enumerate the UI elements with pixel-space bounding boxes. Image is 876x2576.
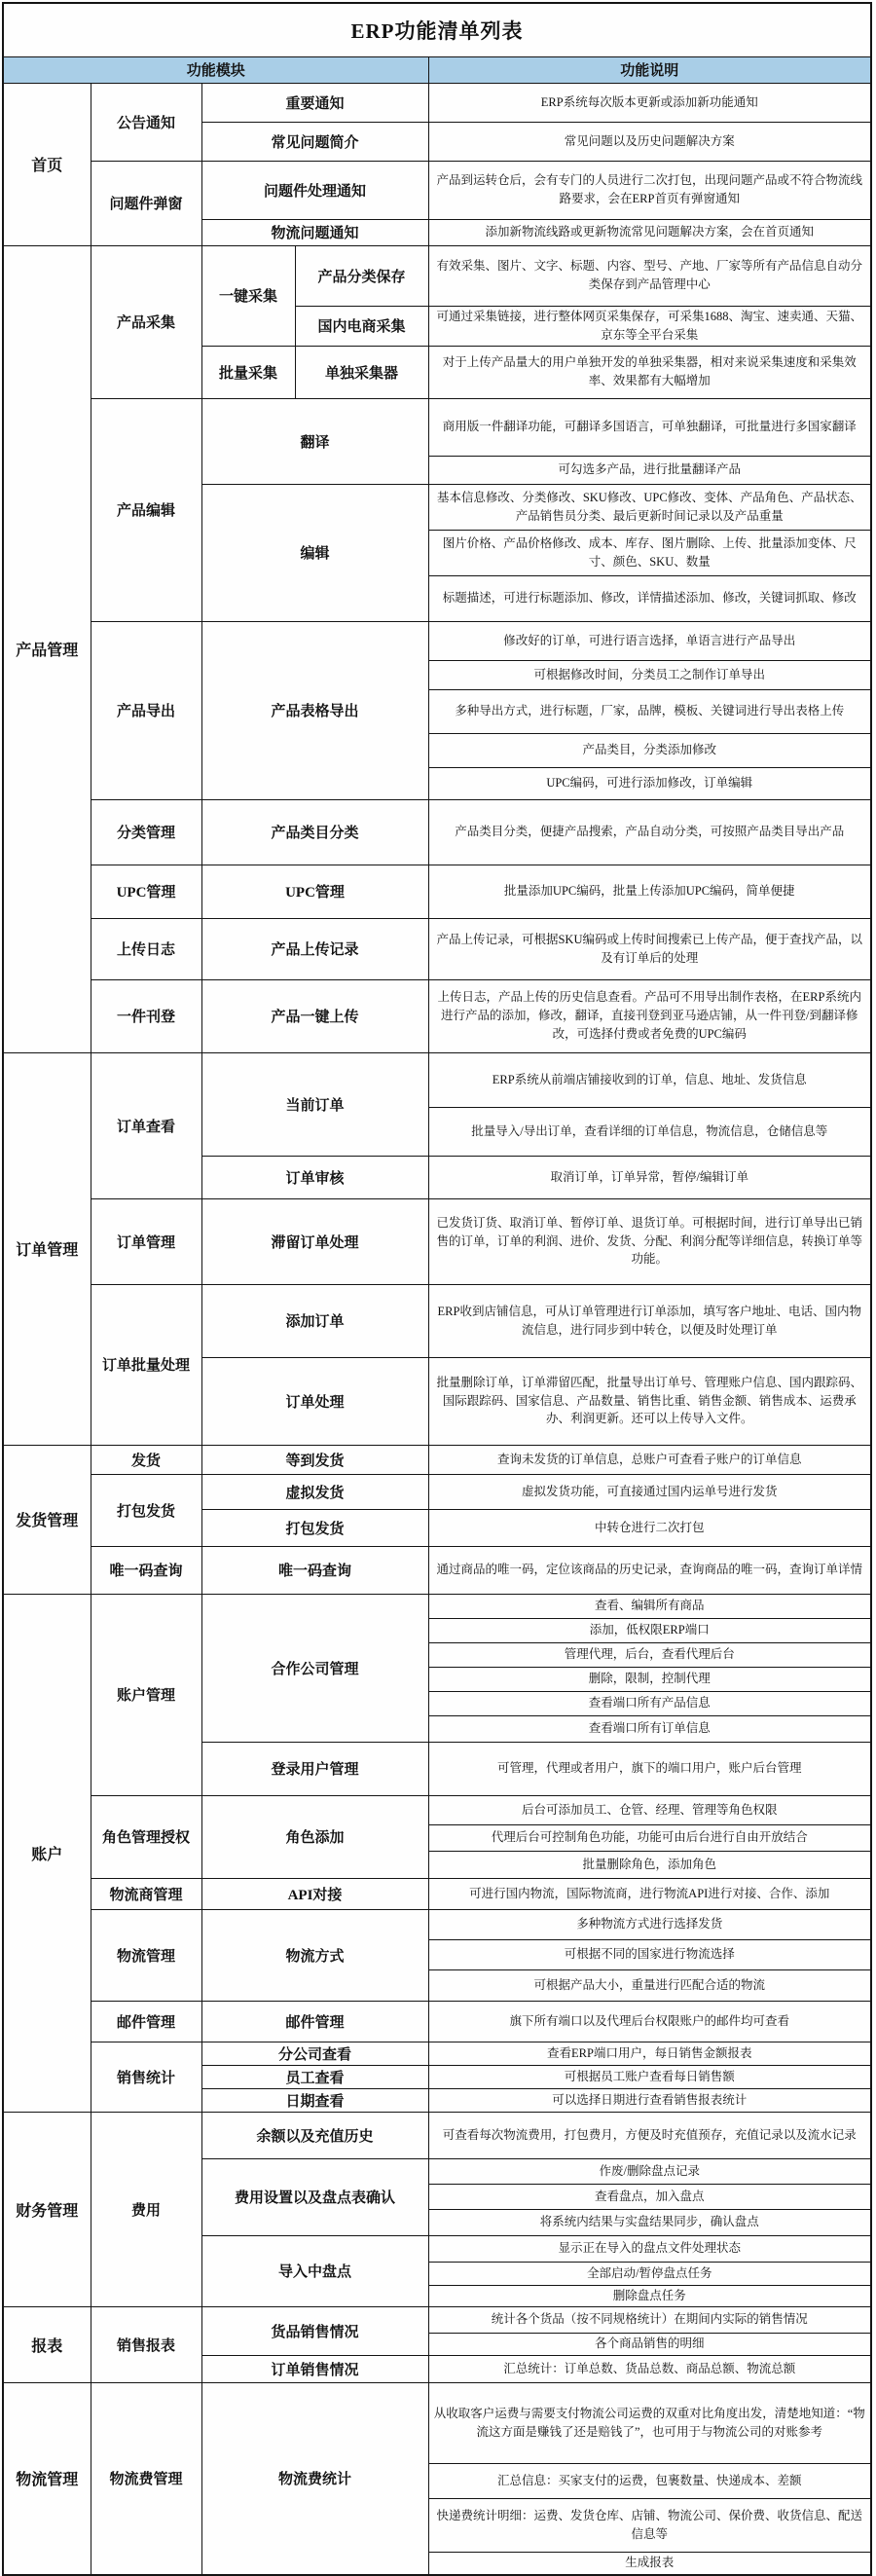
module-level2-cell: 打包发货 [91,1474,201,1546]
module-level2-cell: UPC管理 [91,865,201,918]
description-cell: 统计各个货品（按不同规格统计）在期间内实际的销售情况 [428,2306,871,2333]
table-row: 产品管理产品采集一键采集产品分类保存有效采集、图片、文字、标题、内容、型号、产地… [3,245,871,306]
description-cell: 汇总统计：订单总数、货品总数、商品总额、物流总额 [428,2355,871,2382]
description-cell: 取消订单，订单异常，暂停/编辑订单 [428,1156,871,1198]
module-level2-cell: 一件刊登 [91,979,201,1052]
table-row: 报表销售报表货品销售情况统计各个货品（按不同规格统计）在期间内实际的销售情况 [3,2306,871,2333]
module-level3-cell: 日期查看 [201,2088,428,2112]
description-cell: 可根据不同的国家进行物流选择 [428,1939,871,1969]
description-cell: 旗下所有端口以及代理后台权限账户的邮件均可查看 [428,2001,871,2042]
module-level3-cell: 余额以及充值历史 [201,2112,428,2158]
module-level3-cell: 一键采集 [201,245,295,346]
description-cell: 基本信息修改、分类修改、SKU修改、UPC修改、变体、产品角色、产品状态、产品销… [428,484,871,530]
module-level3-cell: 订单审核 [201,1156,428,1198]
module-level3-cell: 物流费统计 [201,2382,428,2575]
description-cell: 汇总信息：买家支付的运费，包裹数量、快递成本、差额 [428,2463,871,2498]
module-level3-cell: 产品上传记录 [201,918,428,979]
table-row: 问题件弹窗问题件处理通知产品到运转仓后，会有专门的人员进行二次打包，出现问题产品… [3,161,871,219]
module-level2-cell: 分类管理 [91,799,201,865]
module-level2-cell: 订单查看 [91,1052,201,1198]
description-cell: 查看端口所有订单信息 [428,1715,871,1742]
module-level3-cell: 问题件处理通知 [201,161,428,219]
module-level3-cell: 添加订单 [201,1284,428,1357]
module-level2-cell: 产品采集 [91,245,201,398]
table-row: 订单批量处理添加订单ERP收到店铺信息，可从订单管理进行订单添加，填写客户地址、… [3,1284,871,1357]
description-cell: 生成报表 [428,2552,871,2575]
category-cell: 账户 [3,1594,91,2112]
description-cell: 查询未发货的订单信息，总账户可查看子账户的订单信息 [428,1445,871,1474]
description-cell: 虚拟发货功能，可直接通过国内运单号进行发货 [428,1474,871,1509]
table-row: 物流管理物流方式多种物流方式进行选择发货 [3,1909,871,1939]
description-cell: 修改好的订单，可进行语言选择，单语言进行产品导出 [428,621,871,660]
column-header-description: 功能说明 [428,56,871,83]
description-cell: ERP系统每次版本更新或添加新功能通知 [428,83,871,122]
description-cell: 已发货订货、取消订单、暂停订单、退货订单。可根据时间，进行订单导出已销售的订单，… [428,1198,871,1284]
description-cell: 查看端口所有产品信息 [428,1691,871,1715]
description-cell: 商用版一件翻译功能，可翻译多国语言，可单独翻译，可批量进行多国家翻译 [428,398,871,456]
module-level3-cell: 物流方式 [201,1909,428,2001]
category-cell: 订单管理 [3,1052,91,1445]
table-row: 销售统计分公司查看查看ERP端口用户，每日销售金额报表 [3,2042,871,2065]
category-cell: 财务管理 [3,2112,91,2306]
table-row: 物流商管理API对接可进行国内物流，国际物流商，进行物流API进行对接、合作、添… [3,1878,871,1909]
table-row: 发货管理发货等到发货查询未发货的订单信息，总账户可查看子账户的订单信息 [3,1445,871,1474]
description-cell: 管理代理，后台，查看代理后台 [428,1642,871,1667]
module-level3-cell: 员工查看 [201,2065,428,2088]
module-level3-cell: 邮件管理 [201,2001,428,2042]
category-cell: 报表 [3,2306,91,2382]
module-level4-cell: 产品分类保存 [295,245,428,306]
module-level3-cell: 分公司查看 [201,2042,428,2065]
module-level3-cell: 重要通知 [201,83,428,122]
title-row: ERP功能清单列表 [3,3,871,56]
table-row: 账户账户管理合作公司管理查看、编辑所有商品 [3,1594,871,1618]
description-cell: 图片价格、产品价格修改、成本、库存、图片删除、上传、批量添加变体、尺寸、颜色、S… [428,530,871,575]
module-level3-cell: 虚拟发货 [201,1474,428,1509]
table-row: 打包发货虚拟发货虚拟发货功能，可直接通过国内运单号进行发货 [3,1474,871,1509]
module-level3-cell: 物流问题通知 [201,219,428,245]
module-level3-cell: 当前订单 [201,1052,428,1156]
module-level2-cell: 销售统计 [91,2042,201,2112]
module-level3-cell: API对接 [201,1878,428,1909]
module-level2-cell: 物流费管理 [91,2382,201,2575]
description-cell: 删除，限制，控制代理 [428,1667,871,1691]
description-cell: 批量删除角色，添加角色 [428,1851,871,1878]
description-cell: 批量删除订单，订单滞留匹配，批量导出订单号、管理账户信息、国内跟踪码、国际跟踪码… [428,1357,871,1445]
module-level3-cell: 费用设置以及盘点表确认 [201,2158,428,2235]
description-cell: 查看、编辑所有商品 [428,1594,871,1618]
module-level2-cell: 物流管理 [91,1909,201,2001]
description-cell: 添加，低权限ERP端口 [428,1618,871,1642]
description-cell: 多种物流方式进行选择发货 [428,1909,871,1939]
table-row: 物流管理物流费管理物流费统计从收取客户运费与需要支付物流公司运费的双重对比角度出… [3,2382,871,2463]
description-cell: 各个商品销售的明细 [428,2333,871,2355]
module-level3-cell: 翻译 [201,398,428,484]
module-level2-cell: 上传日志 [91,918,201,979]
module-level4-cell: 单独采集器 [295,346,428,398]
description-cell: 查看ERP端口用户，每日销售金额报表 [428,2042,871,2065]
module-level4-cell: 国内电商采集 [295,306,428,346]
table-row: 邮件管理邮件管理旗下所有端口以及代理后台权限账户的邮件均可查看 [3,2001,871,2042]
description-cell: 有效采集、图片、文字、标题、内容、型号、产地、厂家等所有产品信息自动分类保存到产… [428,245,871,306]
module-level3-cell: 编辑 [201,484,428,621]
description-cell: 产品到运转仓后，会有专门的人员进行二次打包，出现问题产品或不符合物流线路要求，会… [428,161,871,219]
header-row: 功能模块 功能说明 [3,56,871,83]
table-row: 订单管理订单查看当前订单ERP系统从前端店铺接收到的订单，信息、地址、发货信息 [3,1052,871,1107]
module-level2-cell: 销售报表 [91,2306,201,2382]
module-level3-cell: 打包发货 [201,1509,428,1546]
module-level2-cell: 产品导出 [91,621,201,799]
description-cell: ERP收到店铺信息，可从订单管理进行订单添加，填写客户地址、电话、国内物流信息，… [428,1284,871,1357]
table-row: UPC管理UPC管理批量添加UPC编码，批量上传添加UPC编码，简单便捷 [3,865,871,918]
description-cell: 上传日志，产品上传的历史信息查看。产品可不用导出制作表格，在ERP系统内进行产品… [428,979,871,1052]
category-cell: 首页 [3,83,91,245]
table-row: 财务管理费用余额以及充值历史可查看每次物流费用，打包费月，方便及时充值预存，充值… [3,2112,871,2158]
module-level3-cell: 合作公司管理 [201,1594,428,1742]
description-cell: 产品上传记录，可根据SKU编码或上传时间搜索已上传产品，便于查找产品，以及有订单… [428,918,871,979]
description-cell: 产品类目，分类添加修改 [428,733,871,767]
table-row: 首页公告通知重要通知ERP系统每次版本更新或添加新功能通知 [3,83,871,122]
module-level2-cell: 邮件管理 [91,2001,201,2042]
module-level2-cell: 订单批量处理 [91,1284,201,1445]
module-level3-cell: 订单处理 [201,1357,428,1445]
description-cell: 可根据员工账户查看每日销售额 [428,2065,871,2088]
description-cell: 查看盘点，加入盘点 [428,2184,871,2209]
erp-function-list-page: ERP功能清单列表 功能模块 功能说明 首页公告通知重要通知ERP系统每次版本更… [0,0,876,2561]
module-level2-cell: 费用 [91,2112,201,2306]
description-cell: 常见问题以及历史问题解决方案 [428,122,871,161]
table-row: 一件刊登产品一键上传上传日志，产品上传的历史信息查看。产品可不用导出制作表格，在… [3,979,871,1052]
module-level2-cell: 发货 [91,1445,201,1474]
description-cell: 删除盘点任务 [428,2285,871,2306]
module-level3-cell: 滞留订单处理 [201,1198,428,1284]
table-row: 上传日志产品上传记录产品上传记录，可根据SKU编码或上传时间搜索已上传产品，便于… [3,918,871,979]
module-level3-cell: 登录用户管理 [201,1742,428,1795]
description-cell: 标题描述，可进行标题添加、修改，详情描述添加、修改，关键词抓取、修改 [428,575,871,621]
description-cell: 产品类目分类，便捷产品搜索，产品自动分类，可按照产品类目导出产品 [428,799,871,865]
description-cell: ERP系统从前端店铺接收到的订单，信息、地址、发货信息 [428,1052,871,1107]
module-level3-cell: 批量采集 [201,346,295,398]
module-level3-cell: 订单销售情况 [201,2355,428,2382]
description-cell: 可通过采集链接，进行整体网页采集保存，可采集1688、淘宝、速卖通、天猫、京东等… [428,306,871,346]
module-level2-cell: 角色管理授权 [91,1795,201,1878]
description-cell: 将系统内结果与实盘结果同步，确认盘点 [428,2209,871,2235]
table-row: 角色管理授权角色添加后台可添加员工、仓管、经理、管理等角色权限 [3,1795,871,1824]
description-cell: 快递费统计明细：运费、发货仓库、店铺、物流公司、保价费、收货信息、配送信息等 [428,2498,871,2552]
module-level2-cell: 产品编辑 [91,398,201,621]
category-cell: 物流管理 [3,2382,91,2575]
description-cell: 代理后台可控制角色功能，功能可由后台进行自由开放结合 [428,1824,871,1851]
description-cell: 可根据修改时间，分类员工之制作订单导出 [428,660,871,689]
module-level3-cell: 导入中盘点 [201,2235,428,2306]
description-cell: 显示正在导入的盘点文件处理状态 [428,2235,871,2262]
description-cell: 通过商品的唯一码，定位该商品的历史记录，查询商品的唯一码，查询订单详情 [428,1546,871,1594]
description-cell: UPC编码，可进行添加修改，订单编辑 [428,767,871,799]
module-level3-cell: 产品类目分类 [201,799,428,865]
category-cell: 产品管理 [3,245,91,1052]
description-cell: 从收取客户运费与需要支付物流公司运费的双重对比角度出发，清楚地知道：“物流这方面… [428,2382,871,2463]
table-row: 产品编辑翻译商用版一件翻译功能，可翻译多国语言，可单独翻译，可批量进行多国家翻译 [3,398,871,456]
description-cell: 可根据产品大小，重量进行匹配合适的物流 [428,1969,871,2001]
table-row: 唯一码查询唯一码查询通过商品的唯一码，定位该商品的历史记录，查询商品的唯一码，查… [3,1546,871,1594]
description-cell: 可查看每次物流费用，打包费月，方便及时充值预存，充值记录以及流水记录 [428,2112,871,2158]
module-level3-cell: 等到发货 [201,1445,428,1474]
page-title: ERP功能清单列表 [3,3,871,56]
description-cell: 可管理，代理或者用户，旗下的端口用户，账户后台管理 [428,1742,871,1795]
module-level3-cell: 产品一键上传 [201,979,428,1052]
erp-function-table: ERP功能清单列表 功能模块 功能说明 首页公告通知重要通知ERP系统每次版本更… [2,2,872,2576]
description-cell: 可进行国内物流，国际物流商，进行物流API进行对接、合作、添加 [428,1878,871,1909]
module-level3-cell: 产品表格导出 [201,621,428,799]
description-cell: 全部启动/暂停盘点任务 [428,2262,871,2285]
description-cell: 可以选择日期进行查看销售报表统计 [428,2088,871,2112]
description-cell: 作废/删除盘点记录 [428,2158,871,2184]
module-level3-cell: 常见问题简介 [201,122,428,161]
module-level2-cell: 物流商管理 [91,1878,201,1909]
table-row: 订单管理滞留订单处理已发货订货、取消订单、暂停订单、退货订单。可根据时间，进行订… [3,1198,871,1284]
description-cell: 中转仓进行二次打包 [428,1509,871,1546]
module-level2-cell: 问题件弹窗 [91,161,201,245]
column-header-module: 功能模块 [3,56,428,83]
description-cell: 批量导入/导出订单，查看详细的订单信息，物流信息，仓储信息等 [428,1107,871,1156]
module-level2-cell: 账户管理 [91,1594,201,1795]
description-cell: 多种导出方式，进行标题，厂家，品牌，模板、关键词进行导出表格上传 [428,689,871,733]
module-level3-cell: 货品销售情况 [201,2306,428,2355]
table-row: 产品导出产品表格导出修改好的订单，可进行语言选择，单语言进行产品导出 [3,621,871,660]
module-level2-cell: 公告通知 [91,83,201,161]
module-level3-cell: 角色添加 [201,1795,428,1878]
description-cell: 添加新物流线路或更新物流常见问题解决方案，会在首页通知 [428,219,871,245]
module-level2-cell: 订单管理 [91,1198,201,1284]
table-row: 分类管理产品类目分类产品类目分类，便捷产品搜索，产品自动分类，可按照产品类目导出… [3,799,871,865]
module-level3-cell: UPC管理 [201,865,428,918]
table-body: ERP功能清单列表 功能模块 功能说明 首页公告通知重要通知ERP系统每次版本更… [3,3,871,2575]
description-cell: 批量添加UPC编码，批量上传添加UPC编码，简单便捷 [428,865,871,918]
description-cell: 对于上传产品量大的用户单独开发的单独采集器，相对来说采集速度和采集效率、效果都有… [428,346,871,398]
description-cell: 可勾选多产品，进行批量翻译产品 [428,456,871,484]
category-cell: 发货管理 [3,1445,91,1594]
module-level3-cell: 唯一码查询 [201,1546,428,1594]
module-level2-cell: 唯一码查询 [91,1546,201,1594]
description-cell: 后台可添加员工、仓管、经理、管理等角色权限 [428,1795,871,1824]
